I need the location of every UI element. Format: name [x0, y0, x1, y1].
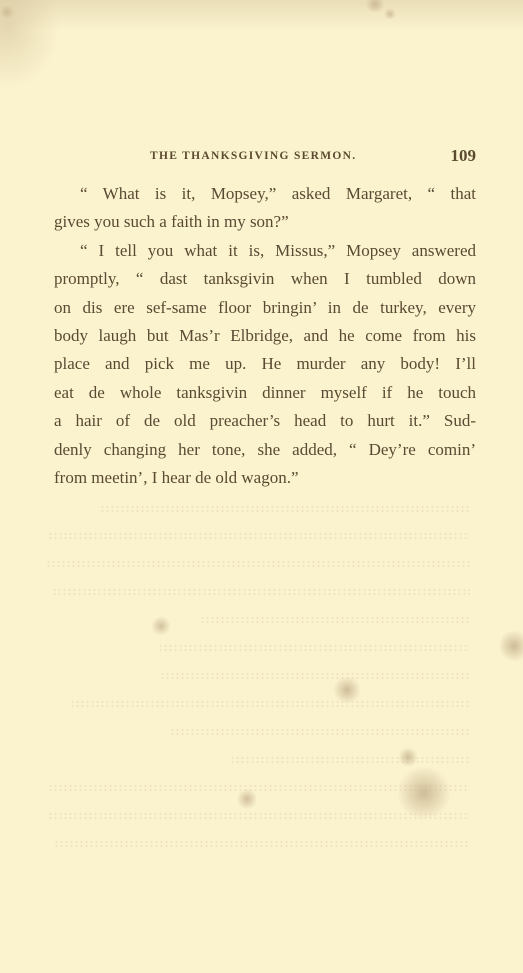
bleed-through-line	[230, 756, 470, 765]
text-line: “ I tell you what it is, Missus,” Mopsey…	[54, 237, 476, 265]
page-number: 109	[451, 146, 477, 166]
text-line: eat de whole tanksgivin dinner myself if…	[54, 379, 476, 407]
text-line: place and pick me up. He murder any body…	[54, 350, 476, 378]
bleed-through-line	[48, 784, 470, 793]
bleed-through-line	[158, 644, 470, 653]
paper-aging-top	[0, 0, 523, 30]
text-line: a hair of de old preacher’s head to hurt…	[54, 407, 476, 435]
bleed-through-line	[100, 505, 470, 514]
bleed-through-line	[48, 532, 470, 541]
bleed-through-line	[48, 812, 470, 821]
foxing-spot	[151, 616, 171, 636]
bleed-through-line	[200, 616, 470, 625]
text-line: gives you such a faith in my son?”	[54, 208, 476, 236]
body-paragraphs: “ What is it, Mopsey,” asked Margaret, “…	[54, 180, 476, 492]
bleed-through-line	[160, 672, 470, 681]
bleed-through-line	[54, 840, 470, 849]
text-line: “ What is it, Mopsey,” asked Margaret, “…	[54, 180, 476, 208]
bleed-through-line	[70, 700, 470, 709]
running-header: THE THANKSGIVING SERMON. 109	[150, 148, 480, 168]
text-line: denly changing her tone, she added, “ De…	[54, 436, 476, 464]
text-line: from meetin’, I hear de old wagon.”	[54, 464, 476, 492]
text-line: body laugh but Mas’r Elbridge, and he co…	[54, 322, 476, 350]
paper-aging-corner	[0, 0, 60, 90]
bleed-through-line	[170, 728, 470, 737]
text-line: on dis ere sef-same floor bringin’ in de…	[54, 294, 476, 322]
bleed-through-line	[52, 588, 470, 597]
text-line: promptly, “ dast tanksgivin when I tumbl…	[54, 265, 476, 293]
foxing-spot	[500, 628, 523, 664]
bleed-through-line	[46, 560, 470, 569]
running-title: THE THANKSGIVING SERMON.	[150, 150, 356, 162]
